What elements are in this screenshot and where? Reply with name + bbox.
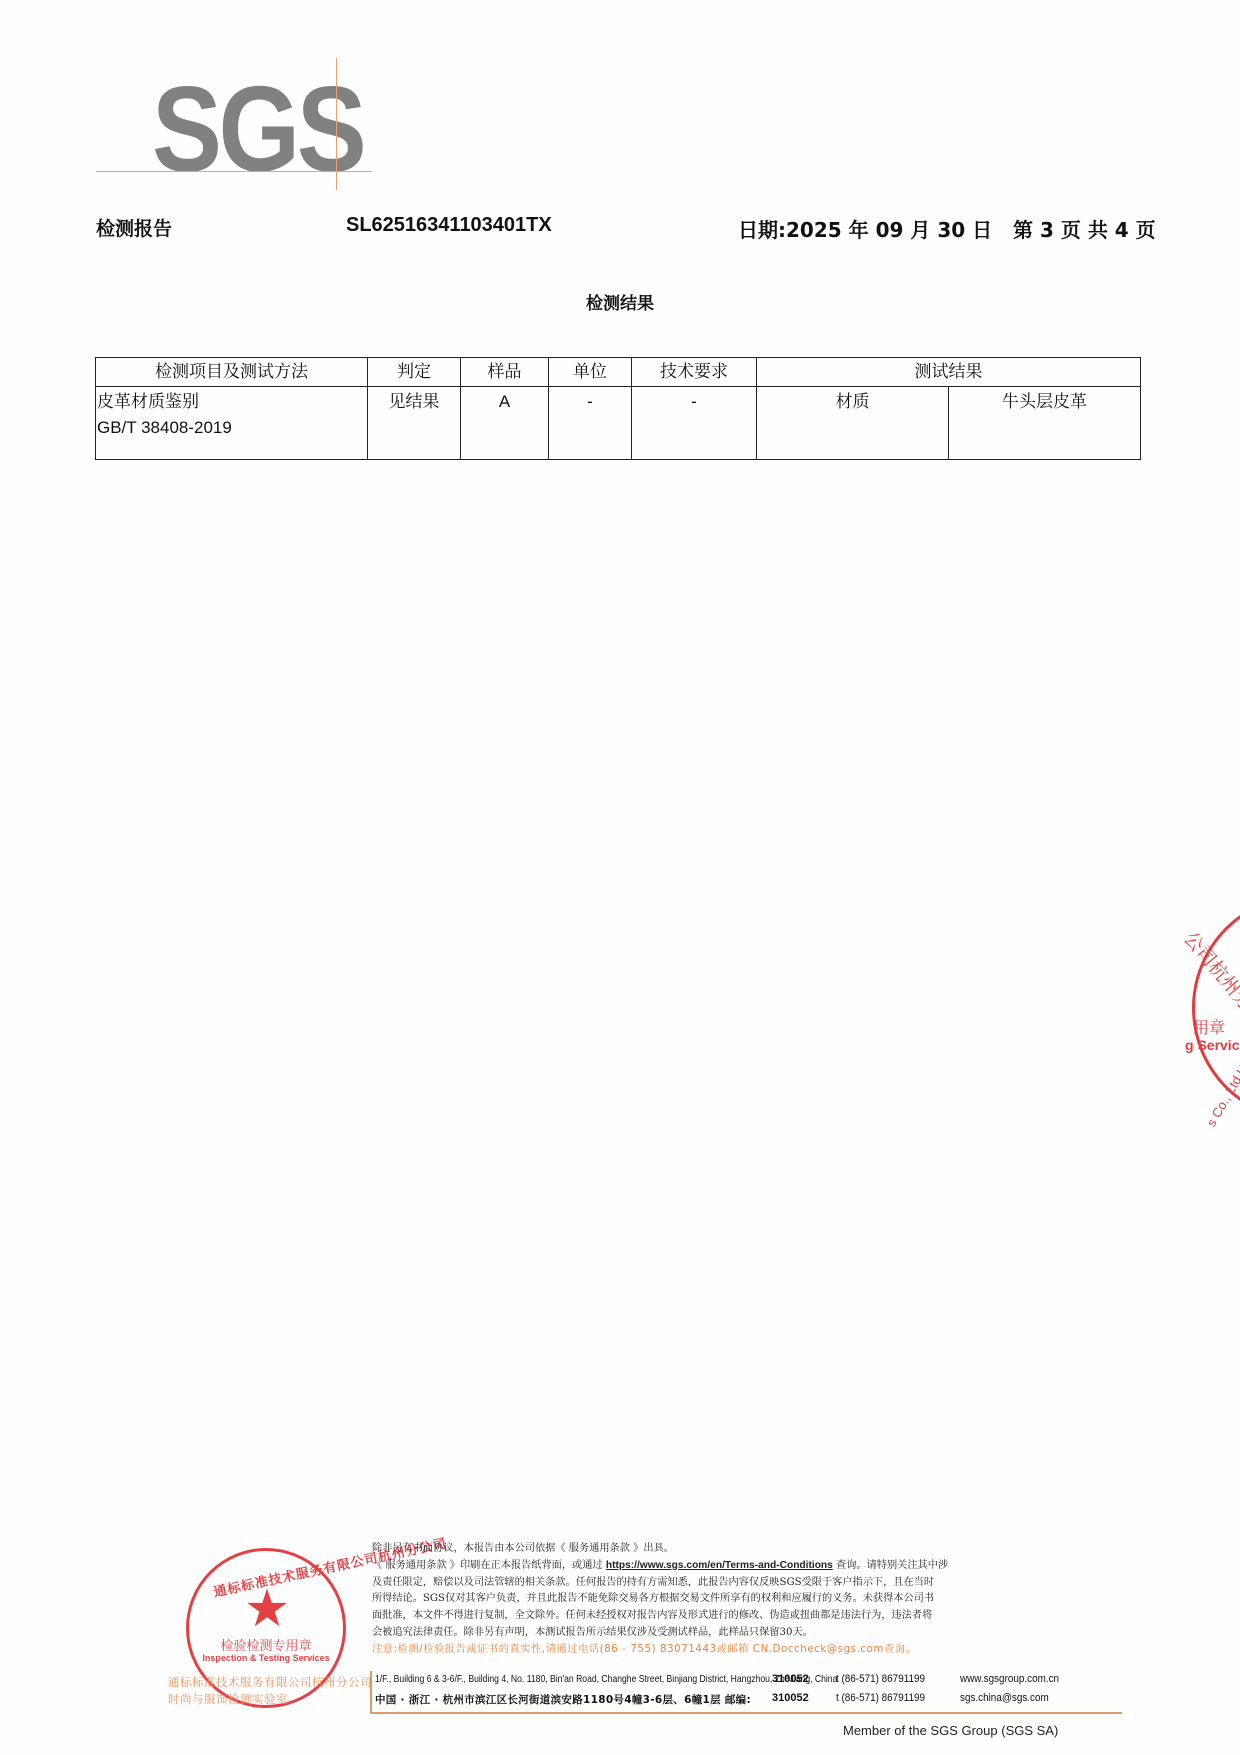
- report-date-and-page: 日期:2025 年 09 月 30 日 第 3 页 共 4 页: [738, 214, 1156, 243]
- address-en: 1/F., Building 6 & 3-6/F., Building 4, N…: [375, 1673, 837, 1685]
- stamp-center-cn: 检验检测专用章: [189, 1635, 343, 1654]
- email-link[interactable]: sgs.china@sgs.com: [960, 1692, 1049, 1704]
- branch-name: 通标标准技术服务有限公司杭州分公司 时尚与服饰检测实验室: [168, 1674, 372, 1708]
- phone-1: t (86-571) 86791199: [836, 1673, 925, 1685]
- cell-judgement: 见结果: [368, 387, 461, 460]
- website-link[interactable]: www.sgsgroup.com.cn: [960, 1673, 1059, 1685]
- cell-result-value: 牛头层皮革: [949, 387, 1141, 460]
- results-table: 检测项目及测试方法 判定 样品 单位 技术要求 测试结果 皮革材质鉴别 GB/T…: [95, 357, 1141, 460]
- branch-line-2: 时尚与服饰检测实验室: [168, 1691, 372, 1708]
- logo-vertical-rule: [336, 58, 337, 190]
- authenticity-notice: 注意:检测/检验报告或证书的真实性,请通过电话(86 - 755) 830714…: [372, 1642, 1072, 1659]
- member-statement: Member of the SGS Group (SGS SA): [843, 1723, 1058, 1738]
- header-unit: 单位: [549, 358, 632, 387]
- header-requirement: 技术要求: [632, 358, 757, 387]
- header-test-item: 检测项目及测试方法: [96, 358, 368, 387]
- zip-code-en: 310052: [772, 1673, 809, 1685]
- zip-code-cn: 310052: [772, 1692, 809, 1704]
- table-row: 皮革材质鉴别 GB/T 38408-2019 见结果 A - - 材质 牛头层皮…: [96, 387, 1141, 460]
- disclaimer-line: 《 服务通用条款 》印刷在正本报告纸背面，或通过 https://www.sgs…: [372, 1558, 1072, 1575]
- logo-horizontal-rule: [96, 171, 372, 172]
- table-header-row: 检测项目及测试方法 判定 样品 单位 技术要求 测试结果: [96, 358, 1141, 387]
- report-title: 检测报告: [96, 214, 172, 241]
- test-method: GB/T 38408-2019: [97, 415, 367, 441]
- footer-divider: [370, 1712, 1122, 1714]
- address-accent-bar: [370, 1671, 372, 1713]
- cell-result-label: 材质: [757, 387, 949, 460]
- test-item-name: 皮革材质鉴别: [97, 389, 367, 415]
- disclaimer-text: 查询。请特别关注其中涉: [833, 1560, 948, 1571]
- cell-requirement: -: [632, 387, 757, 460]
- inspection-stamp-partial: 公司杭州分 用章 g Services s Co., Ltd.Ha: [1192, 894, 1240, 1122]
- sgs-logo: SGS: [96, 58, 376, 194]
- branch-line-1: 通标标准技术服务有限公司杭州分公司: [168, 1674, 372, 1691]
- section-title: 检测结果: [0, 289, 1240, 314]
- stamp-ring-text: 公司杭州分: [1178, 925, 1240, 1015]
- disclaimer-line: 除非另有书面协议，本报告由本公司依据《 服务通用条款 》出具。: [372, 1541, 1072, 1558]
- report-number: SL62516341103401TX: [346, 214, 552, 237]
- header-test-result: 测试结果: [757, 358, 1141, 387]
- disclaimer-line: 及责任限定，赔偿以及司法管辖的相关条款。任何报告的持有方需知悉，此报告内容仅反映…: [372, 1575, 1072, 1592]
- stamp-center-cn: 用章: [1193, 1015, 1225, 1038]
- terms-link[interactable]: https://www.sgs.com/en/Terms-and-Conditi…: [606, 1560, 833, 1571]
- disclaimer-line: 会被追究法律责任。除非另有声明，本测试报告所示结果仅涉及受测试样品，此样品只保留…: [372, 1625, 1072, 1642]
- stamp-center-en: Inspection & Testing Services: [189, 1653, 343, 1663]
- header-sample: 样品: [461, 358, 549, 387]
- cell-unit: -: [549, 387, 632, 460]
- header-judgement: 判定: [368, 358, 461, 387]
- disclaimer-text: 《 服务通用条款 》印刷在正本报告纸背面，或通过: [372, 1560, 606, 1571]
- stamp-center-en: g Services: [1185, 1037, 1240, 1053]
- cell-sample: A: [461, 387, 549, 460]
- disclaimer-line: 所得结论。SGS仅对其客户负责，并且此报告不能免除交易各方根据交易文件所享有的权…: [372, 1591, 1072, 1608]
- address-cn: 中国 · 浙江 · 杭州市滨江区长河街道滨安路1180号4幢3-6层、6幢1层 …: [375, 1692, 751, 1707]
- disclaimer-line: 面批准，本文件不得进行复制，全文除外。任何未经授权对报告内容及形式进行的修改、伪…: [372, 1608, 1072, 1625]
- footer-disclaimer: 除非另有书面协议，本报告由本公司依据《 服务通用条款 》出具。 《 服务通用条款…: [372, 1541, 1072, 1659]
- star-icon: ★: [239, 1581, 295, 1637]
- cell-test-item: 皮革材质鉴别 GB/T 38408-2019: [96, 387, 368, 460]
- phone-2: t (86-571) 86791199: [836, 1692, 925, 1704]
- stamp-ring-bottom: s Co., Ltd.Ha: [1203, 1056, 1240, 1129]
